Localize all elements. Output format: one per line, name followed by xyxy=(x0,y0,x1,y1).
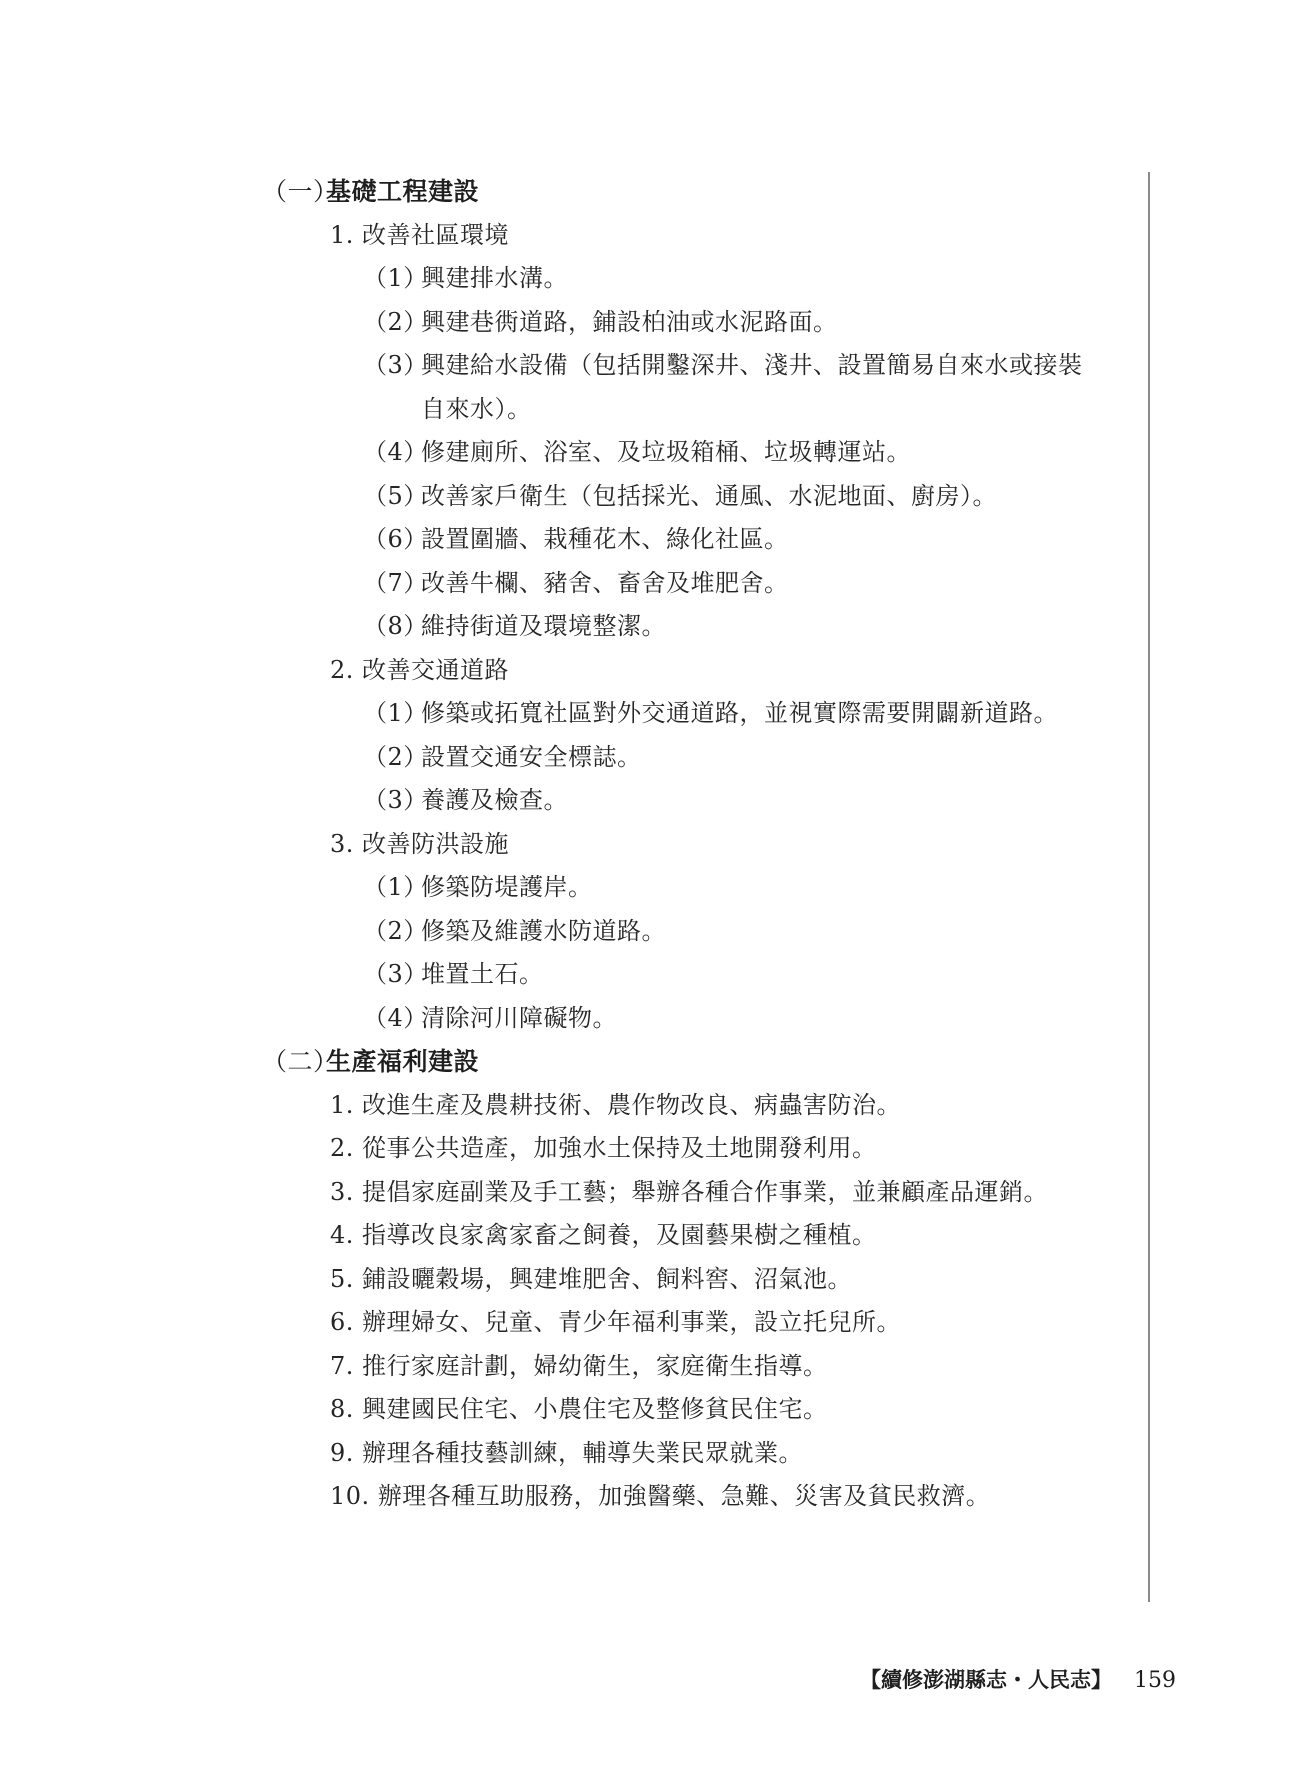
list-item: 1. 改進生產及農耕技術、農作物改良、病蟲害防治。 xyxy=(262,1084,1142,1128)
list-item: （8）維持街道及環境整潔。 xyxy=(262,605,1142,649)
item-number: （1） xyxy=(363,692,421,736)
item-text: 興建給水設備（包括開鑿深井、淺井、設置簡易自來水或接裝 xyxy=(421,351,1083,379)
list-item: 10. 辦理各種互助服務，加強醫藥、急難、災害及貧民救濟。 xyxy=(262,1475,1142,1519)
list-item: 3. 提倡家庭副業及手工藝；舉辦各種合作事業，並兼顧產品運銷。 xyxy=(262,1171,1142,1215)
item-number: （2） xyxy=(363,736,421,780)
item-number: （3） xyxy=(363,953,421,997)
section-title: 基礎工程建設 xyxy=(326,177,479,206)
list-item-continuation: 自來水）。 xyxy=(262,388,1142,432)
item-number: （2） xyxy=(363,910,421,954)
item-number: （1） xyxy=(363,866,421,910)
item-text: 維持街道及環境整潔。 xyxy=(421,612,666,640)
list-item: （6）設置圍牆、栽種花木、綠化社區。 xyxy=(262,518,1142,562)
list-item: （1）興建排水溝。 xyxy=(262,257,1142,301)
item-text: 修建廁所、浴室、及垃圾箱桶、垃圾轉運站。 xyxy=(421,438,911,466)
item-number: （6） xyxy=(363,518,421,562)
list-item: 9. 辦理各種技藝訓練，輔導失業民眾就業。 xyxy=(262,1432,1142,1476)
item-text: 改善牛欄、豬舍、畜舍及堆肥舍。 xyxy=(421,569,789,597)
item-text: 修築及維護水防道路。 xyxy=(421,917,666,945)
list-item: （2）設置交通安全標誌。 xyxy=(262,736,1142,780)
item-text: 修築防堤護岸。 xyxy=(421,873,593,901)
item-text: 設置交通安全標誌。 xyxy=(421,743,642,771)
list-item: 2. 從事公共造產，加強水土保持及土地開發利用。 xyxy=(262,1127,1142,1171)
page-number: 159 xyxy=(1134,1668,1176,1693)
item-number: （4） xyxy=(363,431,421,475)
section-marker: （二） xyxy=(262,1040,326,1084)
group-heading: 2. 改善交通道路 xyxy=(262,649,1142,693)
item-number: （1） xyxy=(363,257,421,301)
document-page: （一）基礎工程建設 1. 改善社區環境 （1）興建排水溝。 （2）興建巷衖道路，… xyxy=(0,0,1300,1779)
book-title: 【續修澎湖縣志・人民志】 xyxy=(860,1667,1112,1692)
item-number: （7） xyxy=(363,562,421,606)
item-number: （5） xyxy=(363,475,421,519)
item-number: （3） xyxy=(363,779,421,823)
list-item: （7）改善牛欄、豬舍、畜舍及堆肥舍。 xyxy=(262,562,1142,606)
item-text: 堆置土石。 xyxy=(421,960,544,988)
group-heading: 3. 改善防洪設施 xyxy=(262,823,1142,867)
item-number: （3） xyxy=(363,344,421,388)
list-item: （2）興建巷衖道路，鋪設柏油或水泥路面。 xyxy=(262,301,1142,345)
list-item: （1）修築或拓寬社區對外交通道路，並視實際需要開闢新道路。 xyxy=(262,692,1142,736)
item-text: 改善家戶衛生（包括採光、通風、水泥地面、廚房）。 xyxy=(421,482,997,510)
list-item: 7. 推行家庭計劃，婦幼衛生，家庭衛生指導。 xyxy=(262,1345,1142,1389)
page-content: （一）基礎工程建設 1. 改善社區環境 （1）興建排水溝。 （2）興建巷衖道路，… xyxy=(262,170,1142,1519)
margin-rule xyxy=(1148,172,1150,1602)
list-item: 4. 指導改良家禽家畜之飼養，及園藝果樹之種植。 xyxy=(262,1214,1142,1258)
list-item: （3）堆置土石。 xyxy=(262,953,1142,997)
list-item: （1）修築防堤護岸。 xyxy=(262,866,1142,910)
item-text: 設置圍牆、栽種花木、綠化社區。 xyxy=(421,525,789,553)
section-marker: （一） xyxy=(262,170,326,214)
item-text: 興建排水溝。 xyxy=(421,264,568,292)
list-item: 5. 鋪設曬穀場，興建堆肥舍、飼料窖、沼氣池。 xyxy=(262,1258,1142,1302)
list-item: （3）養護及檢查。 xyxy=(262,779,1142,823)
item-text: 養護及檢查。 xyxy=(421,786,568,814)
page-footer: 【續修澎湖縣志・人民志】159 xyxy=(860,1664,1176,1696)
section-title: 生產福利建設 xyxy=(326,1047,479,1076)
item-text: 興建巷衖道路，鋪設柏油或水泥路面。 xyxy=(421,308,838,336)
list-item: 8. 興建國民住宅、小農住宅及整修貧民住宅。 xyxy=(262,1388,1142,1432)
section-heading-infrastructure: （一）基礎工程建設 xyxy=(262,170,1142,214)
item-number: （8） xyxy=(363,605,421,649)
item-number: （2） xyxy=(363,301,421,345)
list-item: （3）興建給水設備（包括開鑿深井、淺井、設置簡易自來水或接裝 xyxy=(262,344,1142,388)
item-text: 修築或拓寬社區對外交通道路，並視實際需要開闢新道路。 xyxy=(421,699,1058,727)
group-heading: 1. 改善社區環境 xyxy=(262,214,1142,258)
list-item: （5）改善家戶衛生（包括採光、通風、水泥地面、廚房）。 xyxy=(262,475,1142,519)
list-item: 6. 辦理婦女、兒童、青少年福利事業，設立托兒所。 xyxy=(262,1301,1142,1345)
item-text: 清除河川障礙物。 xyxy=(421,1004,617,1032)
list-item: （4）清除河川障礙物。 xyxy=(262,997,1142,1041)
section-heading-production-welfare: （二）生產福利建設 xyxy=(262,1040,1142,1084)
item-number: （4） xyxy=(363,997,421,1041)
list-item: （2）修築及維護水防道路。 xyxy=(262,910,1142,954)
list-item: （4）修建廁所、浴室、及垃圾箱桶、垃圾轉運站。 xyxy=(262,431,1142,475)
